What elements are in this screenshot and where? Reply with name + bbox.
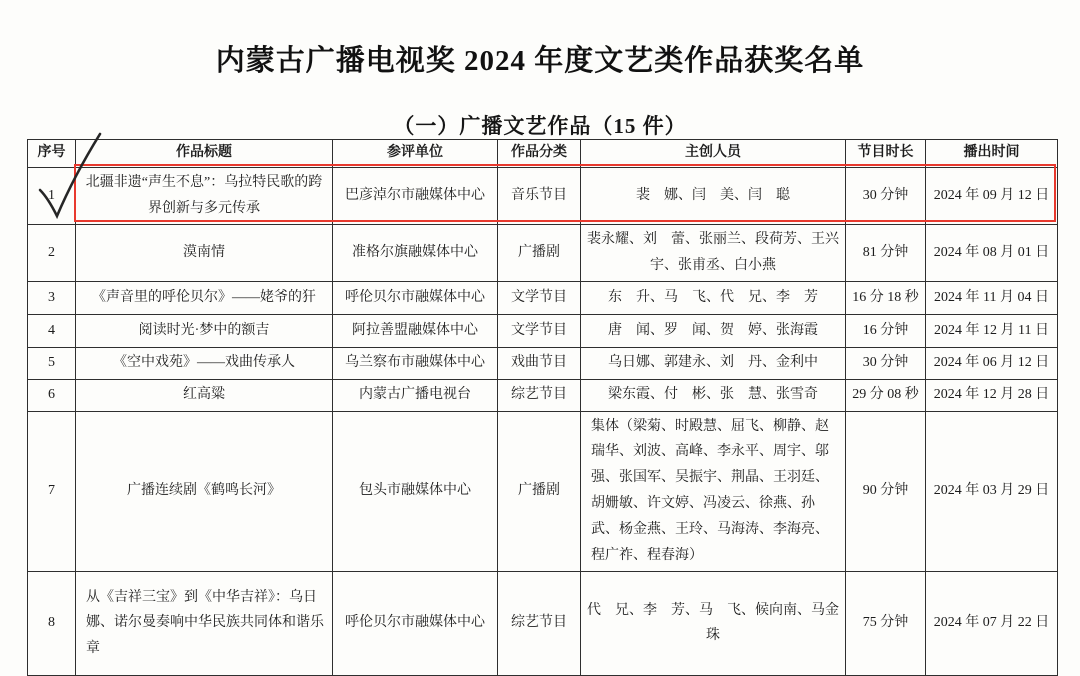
table-header-row: 序号作品标题参评单位作品分类主创人员节目时长播出时间 xyxy=(28,140,1058,168)
serial-cell: 8 xyxy=(28,571,76,675)
column-header-1: 作品标题 xyxy=(76,140,333,168)
creators-cell: 裴 娜、闫 美、闫 聪 xyxy=(581,168,846,225)
category-cell: 广播剧 xyxy=(498,411,581,571)
table-row: 1北疆非遗“声生不息”：乌拉特民歌的跨界创新与多元传承巴彦淖尔市融媒体中心音乐节… xyxy=(28,168,1058,225)
duration-cell: 90 分钟 xyxy=(846,411,926,571)
table-row: 5《空中戏苑》——戏曲传承人乌兰察布市融媒体中心戏曲节目乌日娜、郭建永、刘 丹、… xyxy=(28,347,1058,379)
creators-cell: 裴永耀、刘 蕾、张丽兰、段荷芳、王兴宇、张甫丞、白小燕 xyxy=(581,224,846,281)
table-row: 3《声音里的呼伦贝尔》——姥爷的犴呼伦贝尔市融媒体中心文学节目东 升、马 飞、代… xyxy=(28,281,1058,314)
duration-cell: 16 分钟 xyxy=(846,314,926,347)
column-header-4: 主创人员 xyxy=(581,140,846,168)
duration-cell: 75 分钟 xyxy=(846,571,926,675)
air-date-cell: 2024 年 08 月 01 日 xyxy=(926,224,1058,281)
title-cell: 红高粱 xyxy=(76,379,333,411)
serial-cell: 5 xyxy=(28,347,76,379)
duration-cell: 16 分 18 秒 xyxy=(846,281,926,314)
creators-cell: 唐 闻、罗 闻、贺 婷、张海霞 xyxy=(581,314,846,347)
title-cell: 北疆非遗“声生不息”：乌拉特民歌的跨界创新与多元传承 xyxy=(76,168,333,225)
title-cell: 从《吉祥三宝》到《中华吉祥》：乌日娜、诺尔曼奏响中华民族共同体和谐乐章 xyxy=(76,571,333,675)
column-header-3: 作品分类 xyxy=(498,140,581,168)
award-winners-table: 序号作品标题参评单位作品分类主创人员节目时长播出时间 1北疆非遗“声生不息”：乌… xyxy=(27,139,1058,676)
table-row: 8从《吉祥三宝》到《中华吉祥》：乌日娜、诺尔曼奏响中华民族共同体和谐乐章呼伦贝尔… xyxy=(28,571,1058,675)
category-cell: 广播剧 xyxy=(498,224,581,281)
air-date-cell: 2024 年 12 月 11 日 xyxy=(926,314,1058,347)
category-cell: 文学节目 xyxy=(498,281,581,314)
category-cell: 文学节目 xyxy=(498,314,581,347)
column-header-2: 参评单位 xyxy=(333,140,498,168)
air-date-cell: 2024 年 03 月 29 日 xyxy=(926,411,1058,571)
serial-cell: 3 xyxy=(28,281,76,314)
table-row: 6红高粱内蒙古广播电视台综艺节目梁东霞、付 彬、张 慧、张雪奇29 分 08 秒… xyxy=(28,379,1058,411)
title-cell: 《声音里的呼伦贝尔》——姥爷的犴 xyxy=(76,281,333,314)
duration-cell: 29 分 08 秒 xyxy=(846,379,926,411)
serial-cell: 7 xyxy=(28,411,76,571)
duration-cell: 30 分钟 xyxy=(846,347,926,379)
creators-cell: 集体（梁菊、时殿慧、屈飞、柳静、赵瑞华、刘波、高峰、李永平、周宇、邬强、张国军、… xyxy=(581,411,846,571)
column-header-0: 序号 xyxy=(28,140,76,168)
unit-cell: 乌兰察布市融媒体中心 xyxy=(333,347,498,379)
unit-cell: 呼伦贝尔市融媒体中心 xyxy=(333,571,498,675)
category-cell: 综艺节目 xyxy=(498,571,581,675)
table-row: 2漠南情准格尔旗融媒体中心广播剧裴永耀、刘 蕾、张丽兰、段荷芳、王兴宇、张甫丞、… xyxy=(28,224,1058,281)
unit-cell: 准格尔旗融媒体中心 xyxy=(333,224,498,281)
air-date-cell: 2024 年 12 月 28 日 xyxy=(926,379,1058,411)
title-cell: 广播连续剧《鹤鸣长河》 xyxy=(76,411,333,571)
table-row: 7广播连续剧《鹤鸣长河》包头市融媒体中心广播剧集体（梁菊、时殿慧、屈飞、柳静、赵… xyxy=(28,411,1058,571)
unit-cell: 呼伦贝尔市融媒体中心 xyxy=(333,281,498,314)
creators-cell: 梁东霞、付 彬、张 慧、张雪奇 xyxy=(581,379,846,411)
column-header-5: 节目时长 xyxy=(846,140,926,168)
duration-cell: 81 分钟 xyxy=(846,224,926,281)
document-title: 内蒙古广播电视奖 2024 年度文艺类作品获奖名单 xyxy=(0,38,1080,79)
title-cell: 《空中戏苑》——戏曲传承人 xyxy=(76,347,333,379)
title-cell: 漠南情 xyxy=(76,224,333,281)
unit-cell: 内蒙古广播电视台 xyxy=(333,379,498,411)
creators-cell: 代 兄、李 芳、马 飞、候向南、马金珠 xyxy=(581,571,846,675)
air-date-cell: 2024 年 11 月 04 日 xyxy=(926,281,1058,314)
scanned-document-page: 内蒙古广播电视奖 2024 年度文艺类作品获奖名单 （一）广播文艺作品（15 件… xyxy=(0,0,1080,676)
title-cell: 阅读时光·梦中的额吉 xyxy=(76,314,333,347)
creators-cell: 东 升、马 飞、代 兄、李 芳 xyxy=(581,281,846,314)
serial-cell: 6 xyxy=(28,379,76,411)
serial-cell: 1 xyxy=(28,168,76,225)
serial-cell: 4 xyxy=(28,314,76,347)
duration-cell: 30 分钟 xyxy=(846,168,926,225)
category-cell: 戏曲节目 xyxy=(498,347,581,379)
table-body: 1北疆非遗“声生不息”：乌拉特民歌的跨界创新与多元传承巴彦淖尔市融媒体中心音乐节… xyxy=(28,168,1058,676)
column-header-6: 播出时间 xyxy=(926,140,1058,168)
air-date-cell: 2024 年 07 月 22 日 xyxy=(926,571,1058,675)
air-date-cell: 2024 年 09 月 12 日 xyxy=(926,168,1058,225)
category-cell: 音乐节目 xyxy=(498,168,581,225)
section-subtitle: （一）广播文艺作品（15 件） xyxy=(0,110,1080,140)
air-date-cell: 2024 年 06 月 12 日 xyxy=(926,347,1058,379)
table-row: 4阅读时光·梦中的额吉阿拉善盟融媒体中心文学节目唐 闻、罗 闻、贺 婷、张海霞1… xyxy=(28,314,1058,347)
unit-cell: 巴彦淖尔市融媒体中心 xyxy=(333,168,498,225)
category-cell: 综艺节目 xyxy=(498,379,581,411)
unit-cell: 阿拉善盟融媒体中心 xyxy=(333,314,498,347)
unit-cell: 包头市融媒体中心 xyxy=(333,411,498,571)
creators-cell: 乌日娜、郭建永、刘 丹、金利中 xyxy=(581,347,846,379)
serial-cell: 2 xyxy=(28,224,76,281)
